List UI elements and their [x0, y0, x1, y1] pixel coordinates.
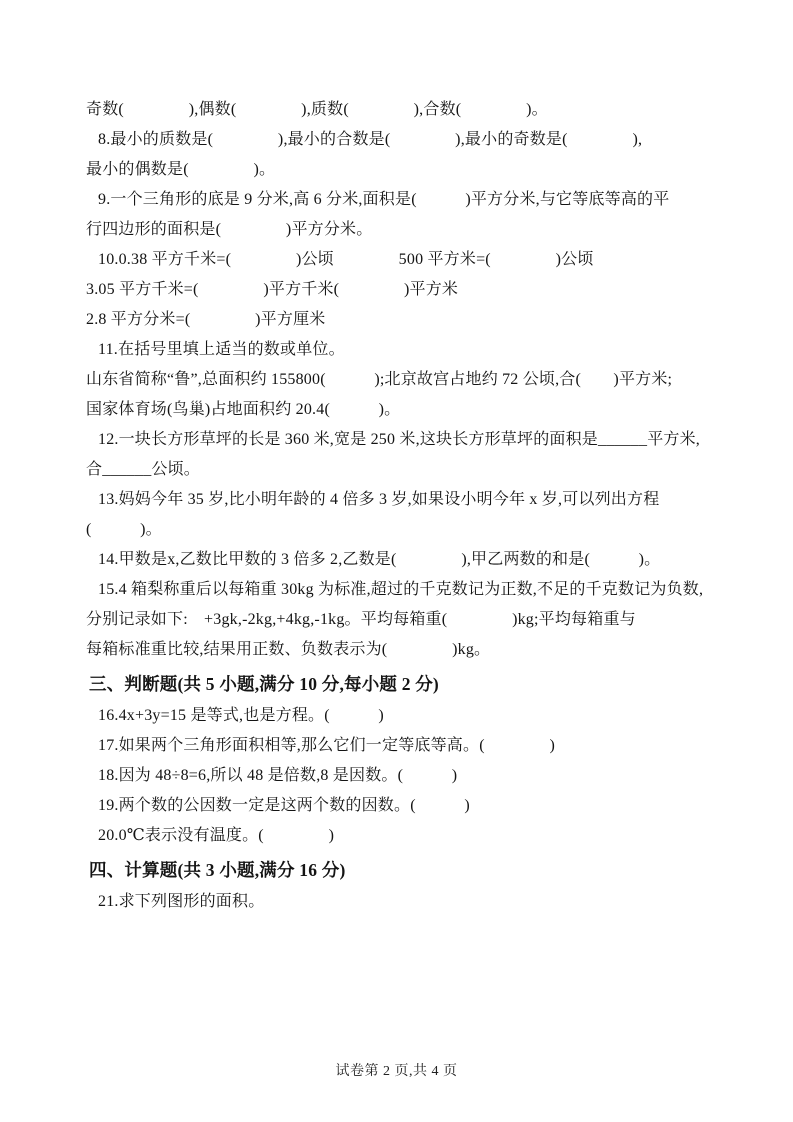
question-line: 15.4 箱梨称重后以每箱重 30kg 为标准,超过的千克数记为正数,不足的千克…: [86, 575, 726, 605]
question-continuation-line: 奇数( ),偶数( ),质数( ),合数( )。: [86, 95, 726, 125]
question-line: 21.求下列图形的面积。: [86, 887, 726, 917]
question-line: 20.0℃表示没有温度。( ): [86, 821, 726, 851]
question-continuation-line: 分别记录如下: +3gk,-2kg,+4kg,-1kg。平均每箱重( )kg;平…: [86, 605, 726, 635]
section-heading: 三、判断题(共 5 小题,满分 10 分,每小题 2 分): [86, 668, 726, 700]
question-line: 9.一个三角形的底是 9 分米,高 6 分米,面积是( )平方分米,与它等底等高…: [86, 185, 726, 215]
question-line: 11.在括号里填上适当的数或单位。: [86, 335, 726, 365]
question-continuation-line: 行四边形的面积是( )平方分米。: [86, 215, 726, 245]
question-line: 10.0.38 平方千米=( )公顷 500 平方米=( )公顷: [86, 245, 726, 275]
question-line: 18.因为 48÷8=6,所以 48 是倍数,8 是因数。( ): [86, 761, 726, 791]
question-continuation-line: 国家体育场(鸟巢)占地面积约 20.4( )。: [86, 395, 726, 425]
question-line: 13.妈妈今年 35 岁,比小明年龄的 4 倍多 3 岁,如果设小明今年 x 岁…: [86, 485, 726, 515]
question-line: 14.甲数是x,乙数比甲数的 3 倍多 2,乙数是( ),甲乙两数的和是( )。: [86, 545, 726, 575]
question-line: 8.最小的质数是( ),最小的合数是( ),最小的奇数是( ),: [86, 125, 726, 155]
question-line: 17.如果两个三角形面积相等,那么它们一定等底等高。( ): [86, 731, 726, 761]
page-footer: 试卷第 2 页,共 4 页: [0, 1062, 793, 1082]
section-heading: 四、计算题(共 3 小题,满分 16 分): [86, 854, 726, 886]
question-line: 16.4x+3y=15 是等式,也是方程。( ): [86, 701, 726, 731]
question-continuation-line: 每箱标准重比较,结果用正数、负数表示为( )kg。: [86, 635, 726, 665]
question-line: 19.两个数的公因数一定是这两个数的因数。( ): [86, 791, 726, 821]
exam-body: 奇数( ),偶数( ),质数( ),合数( )。8.最小的质数是( ),最小的合…: [86, 95, 726, 917]
question-continuation-line: 山东省简称“鲁”,总面积约 155800( );北京故宫占地约 72 公顷,合(…: [86, 365, 726, 395]
question-continuation-line: 最小的偶数是( )。: [86, 155, 726, 185]
question-line: 12.一块长方形草坪的长是 360 米,宽是 250 米,这块长方形草坪的面积是…: [86, 425, 726, 455]
question-continuation-line: 2.8 平方分米=( )平方厘米: [86, 305, 726, 335]
question-continuation-line: 合______公顷。: [86, 455, 726, 485]
question-continuation-line: 3.05 平方千米=( )平方千米( )平方米: [86, 275, 726, 305]
question-continuation-line: ( )。: [86, 515, 726, 545]
exam-page: 奇数( ),偶数( ),质数( ),合数( )。8.最小的质数是( ),最小的合…: [0, 0, 793, 1122]
